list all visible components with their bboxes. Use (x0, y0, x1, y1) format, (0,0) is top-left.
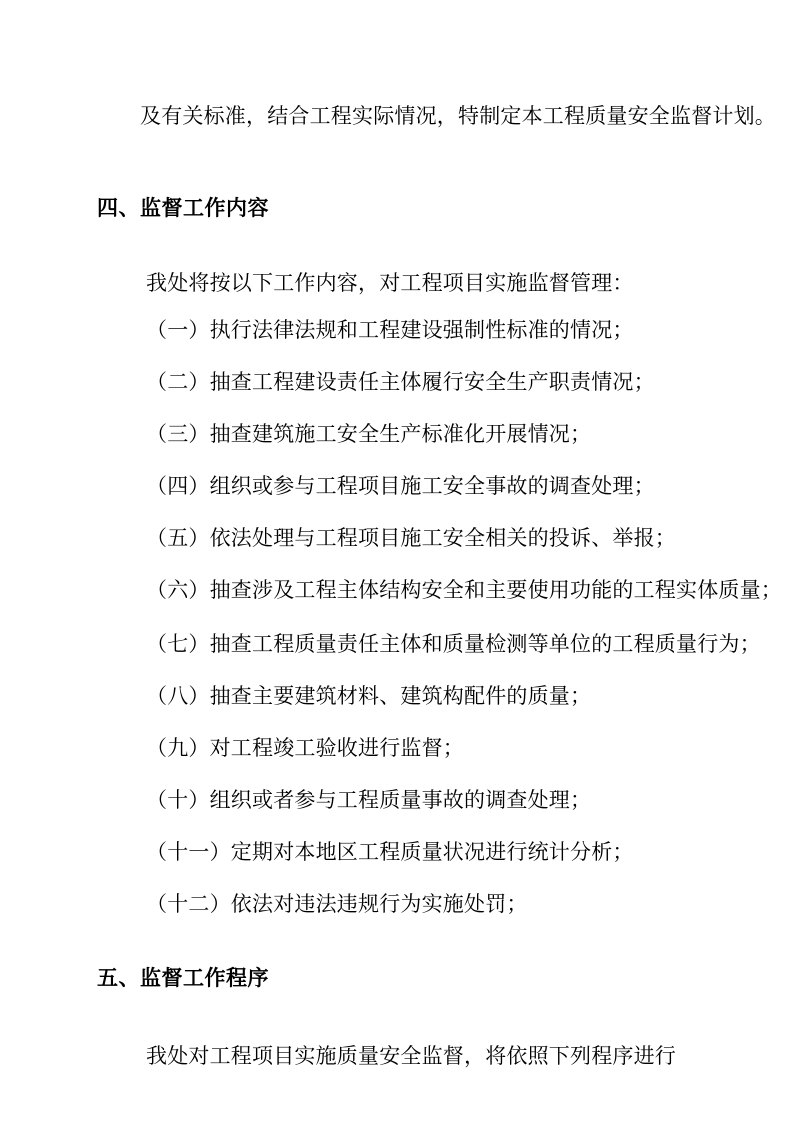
list-item: （七）抽查工程质量责任主体和质量检测等单位的工程质量行为； (146, 631, 761, 657)
list-item: （五）依法处理与工程项目施工安全相关的投诉、举报； (146, 525, 676, 551)
list-item: （九）对工程竣工验收进行监督； (146, 735, 464, 761)
list-item: （四）组织或参与工程项目施工安全事故的调查处理； (146, 473, 655, 499)
section4-lead-paragraph: 我处将按以下工作内容，对工程项目实施监督管理： (146, 270, 634, 296)
section5-lead-paragraph: 我处对工程项目实施质量安全监督，将依照下列程序进行 (146, 1043, 676, 1069)
intro-paragraph-continuation: 及有关标准，结合工程实际情况，特制定本工程质量安全监督计划。 (140, 103, 776, 129)
list-item: （二）抽查工程建设责任主体履行安全生产职责情况； (146, 369, 655, 395)
section4-heading: 四、监督工作内容 (97, 195, 269, 222)
document-page: 及有关标准，结合工程实际情况，特制定本工程质量安全监督计划。 四、监督工作内容 … (0, 0, 794, 1123)
list-item: （十）组织或者参与工程质量事故的调查处理； (146, 787, 591, 813)
list-item: （一）执行法律法规和工程建设强制性标准的情况； (146, 317, 634, 343)
list-item: （八）抽查主要建筑材料、建筑构配件的质量； (146, 683, 591, 709)
list-item: （三）抽查建筑施工安全生产标准化开展情况； (146, 421, 591, 447)
section5-heading: 五、监督工作程序 (97, 965, 269, 992)
list-item: （十二）依法对违法违规行为实施处罚； (146, 891, 528, 917)
list-item: （六）抽查涉及工程主体结构安全和主要使用功能的工程实体质量； (146, 577, 782, 603)
list-item: （十一）定期对本地区工程质量状况进行统计分析； (146, 839, 634, 865)
